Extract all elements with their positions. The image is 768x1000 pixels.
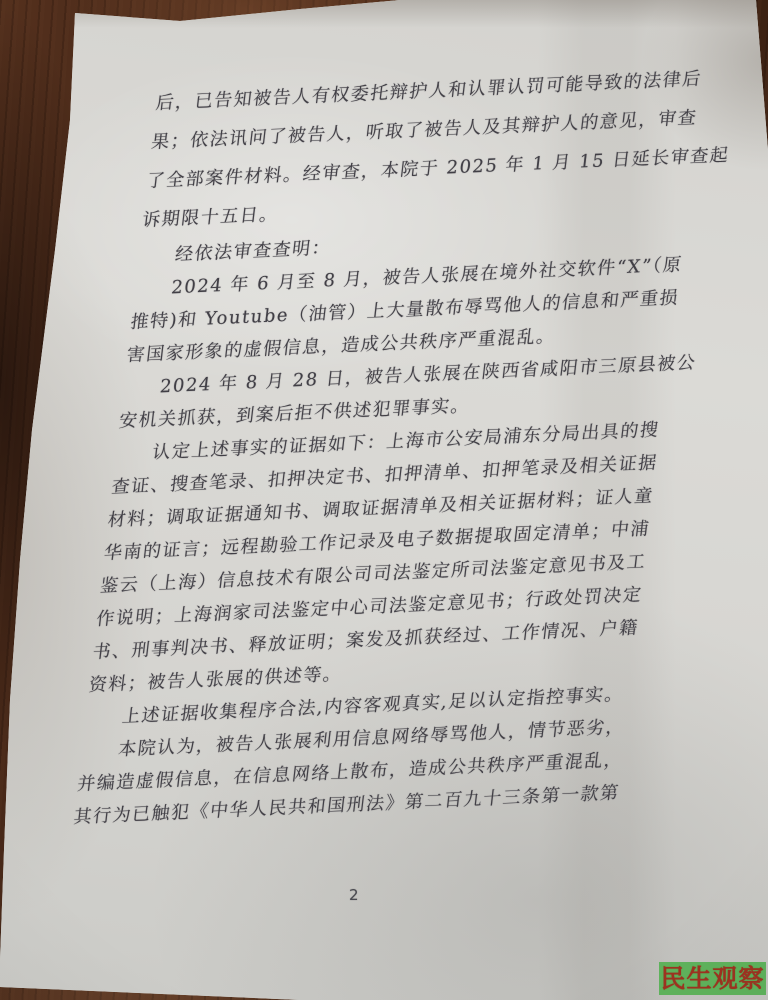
document-text: 后，已告知被告人有权委托辩护人和认罪认罚可能导致的法律后果；依法讯问了被告人，听… [72,58,743,834]
page-number: 2 [349,886,359,904]
watermark-badge: 民生观察 [659,962,766,995]
